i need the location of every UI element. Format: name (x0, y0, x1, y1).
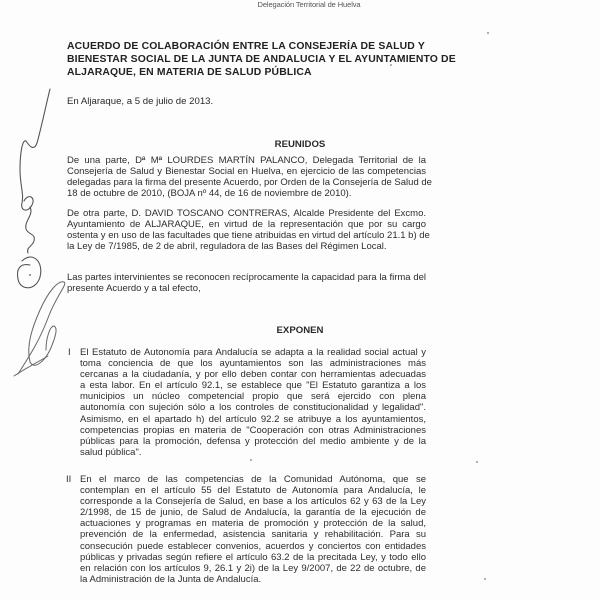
place-date: En Aljaraque, a 5 de julio de 2013. (67, 96, 213, 107)
section-heading-exponen: EXPONEN (0, 325, 600, 336)
text-line: actuaciones y programas en materia de pr… (80, 518, 426, 529)
text-line: competencias propias en materia de "Coop… (80, 425, 426, 436)
text-line: corresponde a la Consejería de Salud, en… (80, 496, 426, 507)
text-line: De otra parte, D. DAVID TOSCANO CONTRERA… (67, 208, 426, 219)
text-line: la Administración de la Junta de Andaluc… (80, 574, 426, 585)
exponen-item-i: El Estatuto de Autonomía para Andalucía … (80, 347, 426, 458)
text-line: salud pública". (80, 447, 426, 458)
text-line: El Estatuto de Autonomía para Andalucía … (80, 347, 426, 358)
text-line: Consejería de Salud y Bienestar Social e… (67, 166, 426, 177)
title-line: ACUERDO DE COLABORACIÓN ENTRE LA CONSEJE… (67, 40, 425, 53)
item-number-ii: II (66, 474, 71, 485)
scan-speck (390, 64, 392, 66)
text-line: públicas y privadas según refiere el art… (80, 552, 426, 563)
text-line: Las partes intervinientes se reconocen r… (67, 272, 426, 283)
signature-upper-icon (0, 85, 60, 300)
exponen-item-ii: En el marco de las competencias de la Co… (80, 474, 426, 585)
text-line: cercanas a la ciudadanía, y por ello deb… (80, 369, 426, 380)
text-line: Ayuntamiento de ALJARAQUE, en virtud de … (67, 219, 426, 230)
title-line: BIENESTAR SOCIAL DE LA JUNTA DE ANDALUCI… (67, 53, 425, 66)
text-line: municipios un núcleo competencial propio… (80, 391, 426, 402)
text-line: De una parte, Dª Mª LOURDES MARTÍN PALAN… (67, 155, 426, 166)
text-line: consecución puede establecer convenios, … (80, 541, 426, 552)
text-line: contemplan en el artículo 55 del Estatut… (80, 485, 426, 496)
text-line: En el marco de las competencias de la Co… (80, 474, 426, 485)
text-line: a esta labor. En el artículo 92.1, se es… (80, 380, 426, 391)
document-title: ACUERDO DE COLABORACIÓN ENTRE LA CONSEJE… (67, 40, 425, 79)
text-line: Asimismo, en el apartado h) del artículo… (80, 414, 426, 425)
text-line: ostenta y en uso de las facultades que t… (67, 230, 426, 241)
text-line: autonomía con sujeción sólo a los contro… (80, 402, 426, 413)
text-line: delegadas para la firma del presente Acu… (67, 177, 426, 188)
text-line: presente Acuerdo y a tal efecto, (67, 283, 426, 294)
scan-speck (487, 32, 489, 34)
title-line: ALJARAQUE, EN MATERIA DE SALUD PÚBLICA (67, 66, 425, 79)
text-line: 2/1998, de 15 de junio, de Salud de Anda… (80, 507, 426, 518)
paragraph-capacity: Las partes intervinientes se reconocen r… (67, 272, 426, 294)
text-line: toma conciencia de que los ayuntamientos… (80, 358, 426, 369)
paragraph-first-party: De una parte, Dª Mª LOURDES MARTÍN PALAN… (67, 155, 426, 199)
text-line: 18 de octubre de 2010, (BOJA nº 44, de 1… (67, 188, 426, 199)
text-line: prevención de la enfermedad, asistencia … (80, 529, 426, 540)
section-heading-reunidos: REUNIDOS (0, 139, 600, 150)
header-organization: Delegación Territorial de Huelva (0, 0, 600, 9)
document-page: Delegación Territorial de Huelva ACUERDO… (0, 0, 600, 600)
scan-speck (250, 459, 252, 461)
text-line: la Ley de 7/1985, de 2 de abril, regulad… (67, 241, 426, 252)
scan-speck (484, 578, 486, 580)
item-number-i: I (68, 347, 71, 358)
scan-speck (476, 461, 478, 463)
text-line: en relación con los artículos 9, 26.1 y … (80, 563, 426, 574)
paragraph-second-party: De otra parte, D. DAVID TOSCANO CONTRERA… (67, 208, 426, 252)
text-line: públicas para la promoción, defensa y pr… (80, 436, 426, 447)
